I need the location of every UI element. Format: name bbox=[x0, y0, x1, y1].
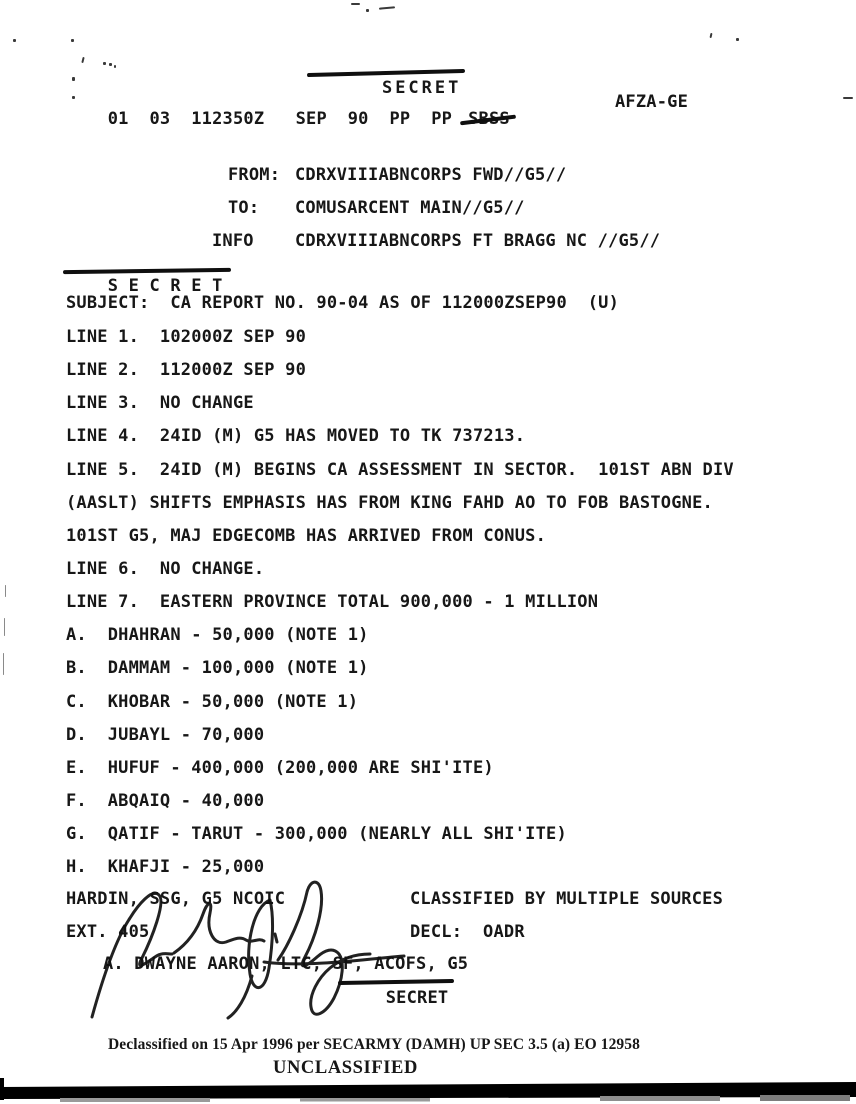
scan-artifact bbox=[843, 97, 853, 99]
handwritten-signature bbox=[56, 876, 476, 1024]
message-header-line: 01 03 112350Z SEP 90 PP PPSBSS bbox=[66, 94, 510, 145]
doc-line: LINE 7. EASTERN PROVINCE TOTAL 900,000 -… bbox=[66, 594, 734, 627]
doc-line: LINE 1. 102000Z SEP 90 bbox=[66, 329, 734, 362]
doc-line: B. DAMMAM - 100,000 (NOTE 1) bbox=[66, 660, 734, 693]
scan-artifact bbox=[710, 33, 713, 38]
doc-line: D. JUBAYL - 70,000 bbox=[66, 727, 734, 760]
scan-artifact bbox=[109, 63, 112, 66]
doc-line: LINE 3. NO CHANGE bbox=[66, 395, 734, 428]
scan-artifact bbox=[736, 38, 739, 41]
scan-artifact bbox=[81, 57, 84, 63]
scan-artifact bbox=[71, 39, 74, 42]
doc-line: A. DHAHRAN - 50,000 (NOTE 1) bbox=[66, 627, 734, 660]
doc-line: E. HUFUF - 400,000 (200,000 ARE SHI'ITE) bbox=[66, 760, 734, 793]
scan-artifact bbox=[379, 6, 395, 9]
doc-line: C. KHOBAR - 50,000 (NOTE 1) bbox=[66, 694, 734, 727]
doc-line: LINE 6. NO CHANGE. bbox=[66, 561, 734, 594]
strikethrough-mark bbox=[63, 268, 231, 274]
body-lines: LINE 1. 102000Z SEP 90LINE 2. 112000Z SE… bbox=[66, 329, 734, 892]
scan-artifact bbox=[114, 65, 116, 68]
strikethrough-mark bbox=[307, 69, 465, 77]
scan-artifact bbox=[103, 62, 106, 65]
from-value: CDRXVIIIABNCORPS FWD//G5// bbox=[295, 167, 566, 184]
scan-artifact bbox=[366, 9, 369, 12]
scan-artifact bbox=[72, 77, 75, 81]
subject-line: SUBJECT: CA REPORT NO. 90-04 AS OF 11200… bbox=[66, 295, 619, 312]
doc-line: LINE 4. 24ID (M) G5 HAS MOVED TO TK 7372… bbox=[66, 428, 734, 461]
scan-artifact bbox=[3, 653, 4, 675]
doc-line: (AASLT) SHIFTS EMPHASIS HAS FROM KING FA… bbox=[66, 495, 734, 528]
unclassified-stamp: UNCLASSIFIED bbox=[273, 1059, 418, 1078]
to-label: TO: bbox=[228, 200, 259, 217]
header-routing: 01 03 112350Z SEP 90 PP PP bbox=[108, 109, 452, 129]
office-symbol: AFZA-GE bbox=[615, 94, 688, 111]
doc-line: F. ABQAIQ - 40,000 bbox=[66, 793, 734, 826]
doc-line: 101ST G5, MAJ EDGECOMB HAS ARRIVED FROM … bbox=[66, 528, 734, 561]
info-label: INFO bbox=[212, 233, 254, 250]
scan-edge-bar bbox=[0, 1078, 856, 1104]
scan-artifact bbox=[13, 39, 16, 42]
doc-line: LINE 2. 112000Z SEP 90 bbox=[66, 362, 734, 395]
struck-handling-code: SBSS bbox=[468, 111, 510, 128]
scanned-message-page: SECRET 01 03 112350Z SEP 90 PP PPSBSS AF… bbox=[0, 0, 856, 1104]
scan-artifact bbox=[5, 585, 6, 597]
doc-line: G. QATIF - TARUT - 300,000 (NEARLY ALL S… bbox=[66, 826, 734, 859]
declassification-statement: Declassified on 15 Apr 1996 per SECARMY … bbox=[108, 1037, 640, 1053]
info-value: CDRXVIIIABNCORPS FT BRAGG NC //G5// bbox=[295, 233, 660, 250]
doc-line: LINE 5. 24ID (M) BEGINS CA ASSESSMENT IN… bbox=[66, 462, 734, 495]
scan-artifact bbox=[351, 3, 360, 5]
scan-artifact bbox=[4, 618, 5, 636]
from-label: FROM: bbox=[228, 167, 280, 184]
to-value: COMUSARCENT MAIN//G5// bbox=[295, 200, 525, 217]
